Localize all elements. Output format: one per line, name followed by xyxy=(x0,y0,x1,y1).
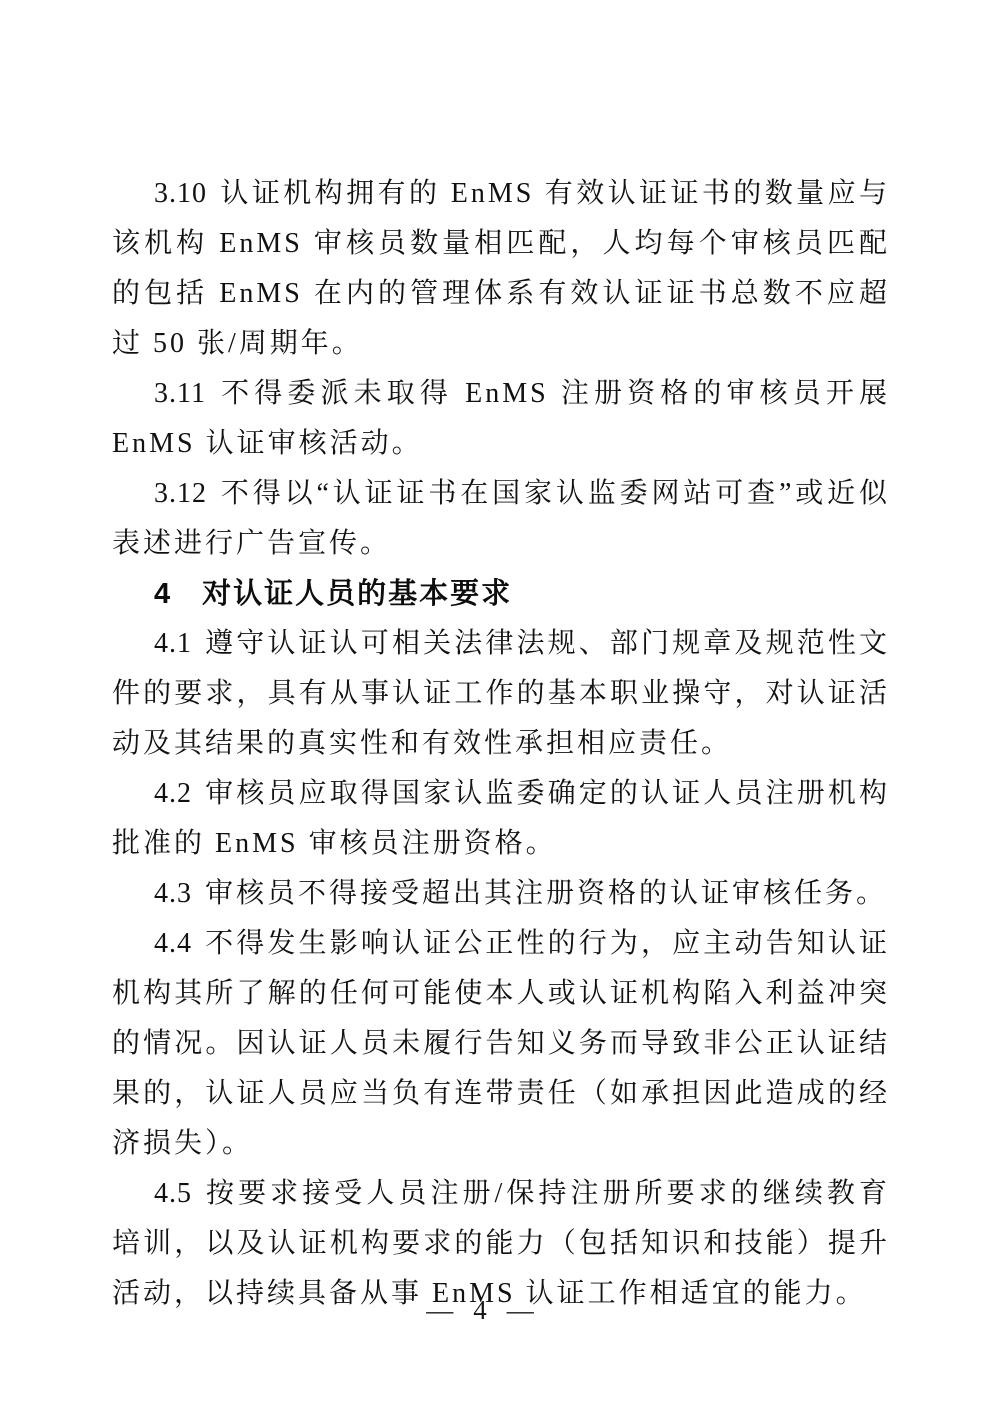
paragraph-4-4: 4.4不得发生影响认证公正性的行为，应主动告知认证机构其所了解的任何可能使本人或… xyxy=(112,919,890,1169)
paragraph-4-3: 4.3审核员不得接受超出其注册资格的认证审核任务。 xyxy=(112,869,890,919)
clause-text: 认证机构拥有的 EnMS 有效认证证书的数量应与该机构 EnMS 审核员数量相匹… xyxy=(112,178,890,359)
section-number: 4 xyxy=(154,578,170,610)
footer-dash-right: — xyxy=(507,1295,534,1325)
document-body: 3.10认证机构拥有的 EnMS 有效认证证书的数量应与该机构 EnMS 审核员… xyxy=(112,169,890,1319)
paragraph-4-2: 4.2审核员应取得国家认监委确定的认证人员注册机构批准的 EnMS 审核员注册资… xyxy=(112,769,890,869)
clause-text: 审核员不得接受超出其注册资格的认证审核任务。 xyxy=(205,878,887,909)
clause-number: 3.12 xyxy=(154,478,207,509)
clause-text: 不得发生影响认证公正性的行为，应主动告知认证机构其所了解的任何可能使本人或认证机… xyxy=(112,928,890,1159)
clause-text: 不得以“认证证书在国家认监委网站可查”或近似表述进行广告宣传。 xyxy=(112,478,890,559)
clause-number: 3.10 xyxy=(154,178,207,209)
page-footer: —4— xyxy=(0,1292,960,1328)
document-page: 3.10认证机构拥有的 EnMS 有效认证证书的数量应与该机构 EnMS 审核员… xyxy=(0,0,1000,1414)
page-number: 4 xyxy=(473,1295,487,1325)
clause-number: 4.5 xyxy=(154,1178,192,1209)
clause-text: 遵守认证认可相关法律法规、部门规章及规范性文件的要求，具有从事认证工作的基本职业… xyxy=(112,628,890,759)
clause-number: 3.11 xyxy=(154,378,206,409)
clause-number: 4.4 xyxy=(154,928,192,959)
clause-number: 4.2 xyxy=(154,778,192,809)
section-title: 对认证人员的基本要求 xyxy=(202,578,512,610)
clause-number: 4.3 xyxy=(154,878,192,909)
paragraph-3-12: 3.12不得以“认证证书在国家认监委网站可查”或近似表述进行广告宣传。 xyxy=(112,469,890,569)
clause-text: 按要求接受人员注册/保持注册所要求的继续教育培训，以及认证机构要求的能力（包括知… xyxy=(112,1178,890,1309)
clause-number: 4.1 xyxy=(154,628,192,659)
clause-text: 审核员应取得国家认监委确定的认证人员注册机构批准的 EnMS 审核员注册资格。 xyxy=(112,778,890,859)
paragraph-3-10: 3.10认证机构拥有的 EnMS 有效认证证书的数量应与该机构 EnMS 审核员… xyxy=(112,169,890,369)
clause-text: 不得委派未取得 EnMS 注册资格的审核员开展 EnMS 认证审核活动。 xyxy=(112,378,890,459)
section-4-heading: 4对认证人员的基本要求 xyxy=(112,569,890,619)
paragraph-3-11: 3.11不得委派未取得 EnMS 注册资格的审核员开展 EnMS 认证审核活动。 xyxy=(112,369,890,469)
footer-dash-left: — xyxy=(426,1295,453,1325)
paragraph-4-1: 4.1遵守认证认可相关法律法规、部门规章及规范性文件的要求，具有从事认证工作的基… xyxy=(112,619,890,769)
